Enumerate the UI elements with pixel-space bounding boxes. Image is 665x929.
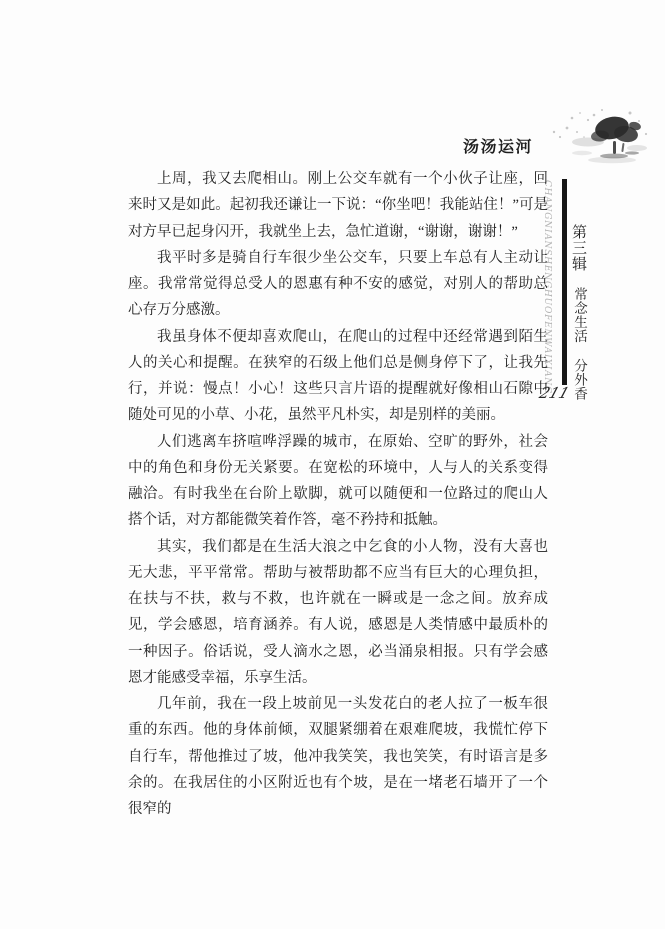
paragraph: 上周，我又去爬相山。刚上公交车就有一个小伙子让座，回来时又是如此。起初我还谦让一… [128,166,548,245]
paragraph: 我虽身体不便却喜欢爬山，在爬山的过程中还经常遇到陌生人的关心和提醒。在狭窄的石级… [128,324,548,429]
paragraph: 我平时多是骑自行车很少坐公交车，只要上车总有人主动让座。我常常觉得总受人的恩惠有… [128,245,548,324]
book-page: 汤汤运河 [0,0,665,929]
paragraph: 几年前，我在一段上坡前见一头发花白的老人拉了一板车很重的东西。他的身体前倾，双腿… [128,691,548,822]
paragraph: 人们逃离车挤喧哗浮躁的城市，在原始、空旷的野外，社会中的角色和身份无关紧要。在宽… [128,429,548,534]
ink-wash-painting-icon [542,106,660,168]
essay-body: 上周，我又去爬相山。刚上公交车就有一个小伙子让座，回来时又是如此。起初我还谦让一… [128,166,548,822]
section-divider-bar [562,179,567,385]
chapter-number: 第三辑 [568,224,589,272]
paragraph: 其实，我们都是在生活大浪之中乞食的小人物，没有大喜也无大悲，平平常常。帮助与被帮… [128,534,548,692]
running-title: 汤汤运河 [463,134,533,157]
